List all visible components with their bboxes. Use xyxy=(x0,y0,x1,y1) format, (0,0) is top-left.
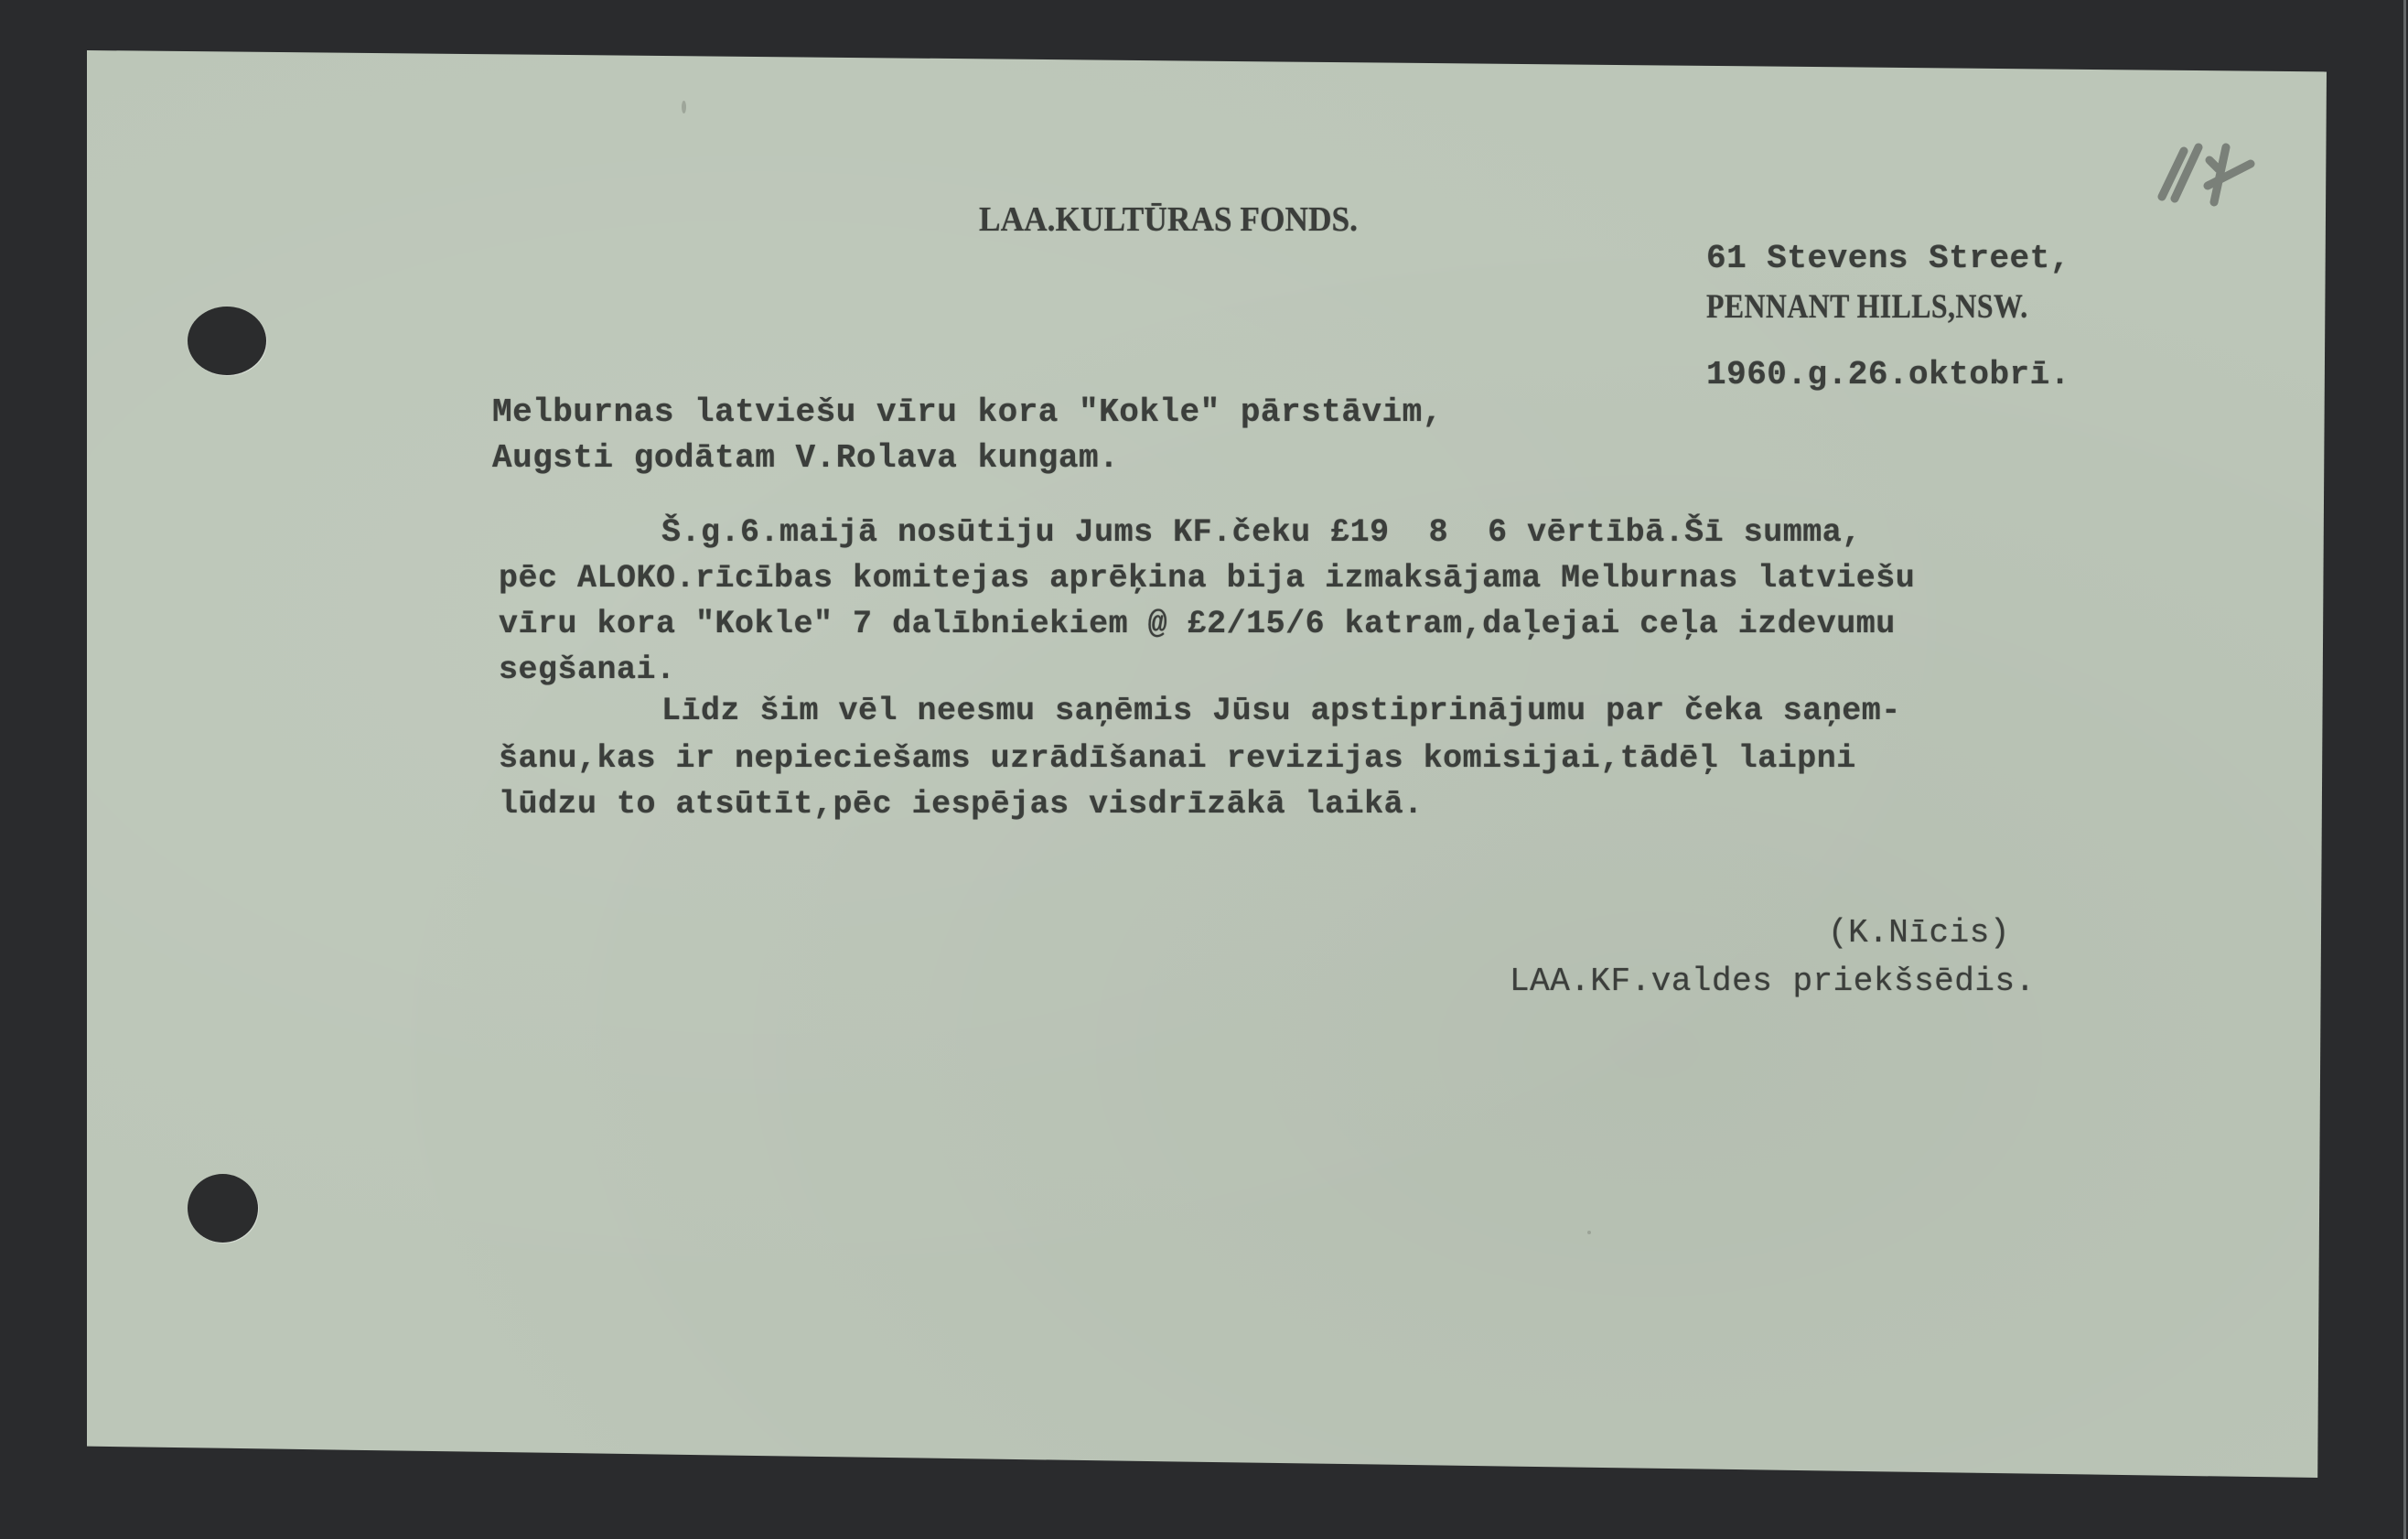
signature-title: LAA.KF.valdes priekšsēdis. xyxy=(1510,965,2036,998)
punch-hole-top xyxy=(188,307,266,375)
body-line: vīru kora "Kokle" 7 dalībniekiem @ £2/15… xyxy=(499,608,1896,640)
punch-hole-bottom xyxy=(188,1174,258,1243)
sender-address-street: 61 Stevens Street, xyxy=(1706,242,2070,275)
letter-date: 1960.g.26.oktobrī. xyxy=(1706,359,2070,392)
paper-speck xyxy=(682,101,686,113)
body-line: Līdz šim vēl neesmu saņēmis Jūsu apstipr… xyxy=(661,695,1901,727)
paper-speck xyxy=(1587,1231,1591,1234)
body-line: šanu,kas ir nepieciešams uzrādīšanai rev… xyxy=(499,743,1856,775)
scanner-edge-line xyxy=(2403,0,2406,1539)
body-line: Š.g.6.maijā nosūtiju Jums KF.čeku £19 8 … xyxy=(661,517,1862,549)
signature-name: (K.Nīcis) xyxy=(1828,917,2010,950)
body-line: segšanai. xyxy=(499,654,676,686)
body-line: lūdzu to atsūtīt,pēc iespējas visdrīzākā… xyxy=(499,789,1424,821)
letterhead-title: LAA.KULTŪRAS FONDS. xyxy=(979,202,1358,237)
archive-page-number-handwritten: 17 xyxy=(2127,131,2255,222)
recipient-line: Melburnas latviešu vīru kora "Kokle" pār… xyxy=(492,396,1443,429)
salutation-line: Augsti godātam V.Rolava kungam. xyxy=(492,442,1119,475)
body-line: pēc ALOKO.rīcības komitejas aprēķina bij… xyxy=(499,563,1915,595)
letter-sheet: 17 LAA.KULTŪRAS FONDS. 61 Stevens Street… xyxy=(87,50,2327,1478)
sender-address-city: PENNANT HILLS,NSW. xyxy=(1706,290,2028,324)
